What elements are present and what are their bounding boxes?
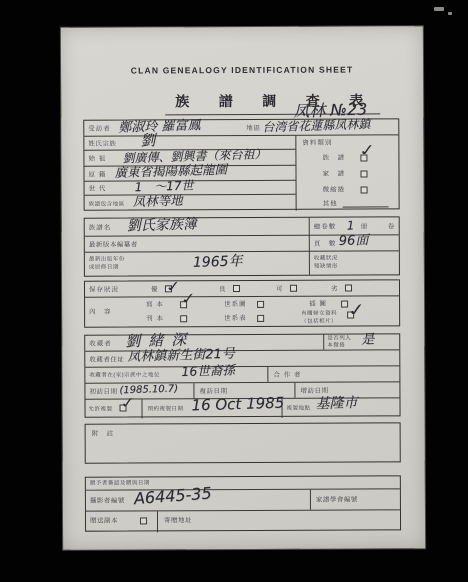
visit-divider-2 — [294, 383, 295, 398]
origin-label: 原 籍 — [88, 172, 106, 180]
listed-in-microfilm-value: 是 — [361, 333, 374, 346]
compiler-row: 最新版本編纂者 頁 數 96面 — [85, 235, 399, 252]
compiler-label: 最新版本編纂者 — [89, 241, 138, 249]
holder-name-label: 收藏者 — [89, 341, 112, 349]
clan-value: 劉 — [140, 133, 155, 148]
content-lineage-chart-label: 世系圖 — [224, 301, 247, 309]
category-clan-genealogy-label: 族 譜 — [322, 155, 345, 163]
photographer-number-value: A6445-35 — [133, 485, 212, 507]
pages-label: 頁 數 — [314, 241, 337, 249]
category-clan-genealogy-checkmark: ✓ — [357, 142, 377, 159]
interviewer-label: 受訪者 — [88, 126, 111, 134]
generations-value: 1 ～17世 — [134, 179, 193, 193]
holder-address-value: 凤林鎮新生街21号 — [127, 348, 235, 364]
material-category-panel: 資料類別 族 譜 ✓ 家 譜 微縮捲 其他 — [295, 135, 400, 210]
copy-permission-checkmark: ✓ — [119, 395, 138, 411]
holder-position-value: 16世裔孫 — [181, 364, 235, 378]
footer-table: 贈予者簽認及贈與日期 攝影者編號 A6445-35 家譜學會編號 贈送副本 寄贈… — [85, 475, 401, 531]
copy-date-value: 16 Oct 1985 — [191, 396, 284, 414]
holder-position-label: 收藏者在(家)宗族中之地位 — [89, 372, 160, 379]
copy-divider-1 — [141, 399, 142, 418]
volumes-unit-juan: 卷 — [388, 223, 396, 231]
notes-box: 附 註 — [85, 422, 401, 463]
content-printed-checkbox — [180, 315, 187, 322]
option-fair-label: 可 — [276, 286, 284, 294]
copy-date-label: 預約複製日期 — [148, 406, 184, 413]
holder-row-divider — [323, 335, 324, 350]
content-women-data-sublabel: （包括相片） — [301, 319, 337, 326]
notes-label: 附 註 — [92, 431, 115, 439]
area-label: 地區 — [246, 125, 261, 133]
content-illustrations-label: 插 圖 — [309, 301, 327, 309]
copy-place-label: 複製地點 — [287, 406, 311, 413]
holder-address-row: 收藏者住址 凤林鎮新生街21号 — [85, 350, 399, 367]
coverage-row: 族譜包含地區 凤林等地 — [85, 195, 296, 212]
genealogy-book-table: 族譜名 劉氏家族簿 總卷數 1 冊 卷 最新版本編纂者 頁 數 96面 最新出版… — [84, 216, 400, 276]
preservation-label: 保存狀況 — [89, 287, 119, 295]
option-good-checkbox — [233, 285, 240, 292]
option-good-label: 良 — [219, 286, 227, 294]
origin-value: 廣東省揭陽縣起龍圍 — [114, 164, 227, 180]
preservation-row: 保存狀況 優 ✓ 良 可 劣 — [85, 280, 399, 297]
preservation-table: 保存狀況 優 ✓ 良 可 劣 內 容 寫 本 ✓ 世系圖 插 圖 刊 本 世系表… — [84, 279, 400, 327]
coverage-label: 族譜包含地區 — [89, 202, 125, 209]
interviewer-value: 鄭淑玲 羅富鳳 — [118, 119, 200, 135]
holder-table: 收藏者 劉緒深 是否列入 本微捲 是 收藏者住址 凤林鎮新生街21号 收藏者在(… — [84, 333, 400, 417]
clan-label: 姓氏宗族 — [88, 141, 116, 149]
option-poor-label: 劣 — [331, 286, 339, 294]
book-title-value: 劉氏家族簿 — [127, 217, 197, 233]
listed-in-microfilm-label-line1: 是否列入 — [327, 336, 351, 343]
first-visit-value: (1985.10.7) — [119, 385, 178, 397]
form-english-title: CLAN GENEALOGY IDENTIFICATION SHEET — [61, 64, 423, 76]
coverage-value: 凤林等地 — [132, 195, 182, 209]
condition-label-line2: 殘缺情形 — [314, 264, 338, 271]
option-excellent-label: 優 — [151, 286, 159, 294]
category-microfilm-label: 微縮捲 — [323, 187, 346, 195]
photographer-number-row: 攝影者編號 A6445-35 家譜學會編號 — [86, 489, 400, 511]
volumes-unit-ce: 冊 — [361, 223, 369, 231]
category-microfilm-checkbox — [361, 186, 368, 193]
scanned-form-paper: CLAN GENEALOGY IDENTIFICATION SHEET 族 譜 … — [61, 26, 425, 550]
donor-signature-label: 贈予者簽認及贈與日期 — [90, 480, 150, 487]
condition-label-line1: 收藏狀況 — [314, 256, 338, 263]
collaborator-label: 合 作 者 — [273, 372, 301, 380]
category-other-blank-line — [343, 206, 389, 207]
content-lineage-table-label: 世系表 — [224, 315, 247, 323]
position-row-divider — [267, 367, 268, 382]
content-printed-label: 刊 本 — [146, 315, 164, 323]
interviewer-row: 受訪者 鄭淑玲 羅富鳳 地區 台湾省花蓮縣凤林鎮 — [84, 119, 398, 136]
area-value: 台湾省花蓮縣凤林鎮 — [262, 118, 370, 133]
copy-permission-row: 允許複製 ✓ 預約複製日期 16 Oct 1985 複製地點 基隆市 — [85, 398, 399, 418]
film-dust-speck — [434, 7, 444, 11]
footer-divider-1 — [310, 490, 311, 510]
volumes-value: 1 — [347, 219, 355, 231]
content-women-data-label: 有關婦女資料 — [301, 311, 337, 318]
holder-position-row: 收藏者在(家)宗族中之地位 16世裔孫 合 作 者 — [85, 366, 399, 383]
copy-place-value: 基隆市 — [315, 396, 357, 411]
book-title-label: 族譜名 — [89, 225, 112, 233]
copy-permission-label: 允許複製 — [89, 407, 113, 414]
contents-row: 內 容 寫 本 ✓ 世系圖 插 圖 刊 本 世系表 有關婦女資料 （包括相片） … — [85, 296, 399, 327]
content-women-data-checkmark: ✓ — [346, 301, 368, 320]
publication-year-value: 1965年 — [193, 254, 243, 270]
contents-label: 內 容 — [89, 309, 112, 317]
generations-row: 世 代 1 ～17世 — [85, 181, 296, 196]
footer-divider-2 — [157, 511, 158, 532]
holder-address-label: 收藏者住址 — [89, 357, 124, 365]
publication-year-row: 最新出版年份 或原修日期 1965年 收藏狀況 殘缺情形 — [85, 251, 399, 277]
generations-label: 世 代 — [89, 186, 107, 194]
content-manuscript-checkmark: ✓ — [179, 291, 198, 307]
content-lineage-table-checkbox — [257, 315, 264, 322]
material-category-header: 資料類別 — [302, 140, 332, 148]
send-copy-checkbox — [140, 517, 147, 524]
category-other-label: 其他 — [323, 201, 338, 209]
survey-info-table: 受訪者 鄭淑玲 羅富鳳 地區 台湾省花蓮縣凤林鎮 姓氏宗族 劉 始 祖 劉廣傳、… — [83, 118, 399, 210]
society-number-label: 家譜學會編號 — [316, 497, 358, 505]
category-family-genealogy-label: 家 譜 — [322, 171, 345, 179]
listed-in-microfilm-label-line2: 本微捲 — [327, 343, 345, 350]
content-manuscript-label: 寫 本 — [146, 301, 164, 309]
photographer-number-label: 攝影者編號 — [90, 498, 125, 506]
send-copy-row: 贈送副本 寄贈地址 — [86, 510, 400, 532]
send-copy-label: 贈送副本 — [90, 518, 118, 526]
pages-value: 96面 — [339, 234, 369, 248]
publication-year-label-line2: 或原修日期 — [89, 265, 119, 272]
first-ancestor-label: 始 祖 — [88, 156, 106, 164]
category-family-genealogy-checkbox — [360, 170, 367, 177]
publication-year-label-line1: 最新出版年份 — [89, 257, 125, 264]
send-address-label: 寄贈地址 — [164, 517, 192, 525]
content-lineage-chart-checkbox — [257, 301, 264, 308]
additional-visit-label: 增訪日期 — [300, 388, 328, 396]
option-poor-checkbox — [345, 285, 352, 292]
option-fair-checkbox — [290, 285, 297, 292]
volumes-label: 總卷數 — [314, 224, 337, 232]
film-dust-speck — [448, 12, 452, 15]
first-visit-label: 初訪日期 — [89, 389, 117, 397]
holder-name-value: 劉緒深 — [125, 332, 194, 349]
